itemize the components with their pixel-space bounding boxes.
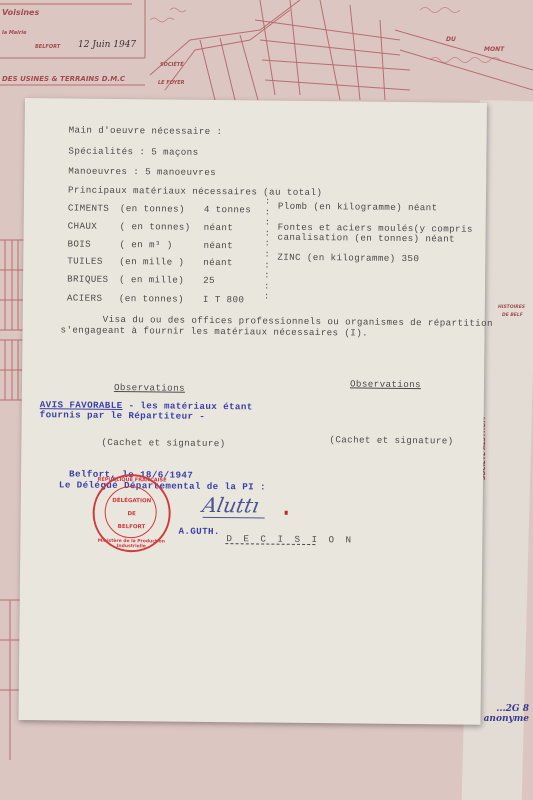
manoeuvres-line: Manoeuvres : 5 manoeuvres <box>68 165 216 178</box>
signature-underline <box>203 517 265 519</box>
material-right-line: Plomb (en kilogramme) néant <box>278 201 438 214</box>
cachet-right: (Cachet et signature) <box>329 434 453 446</box>
red-mark <box>285 511 288 515</box>
map-label-du: DU <box>446 36 456 43</box>
map-label-mont: MONT <box>484 46 504 53</box>
column-divider-colons: :::::::::: <box>264 197 271 303</box>
map-place-label: BELFORT <box>35 44 60 50</box>
map-label-societe: SOCIÉTÉ <box>160 62 184 68</box>
material-unit: (en tonnes) <box>119 293 184 305</box>
stamp-ring-bottom: Ministère de la Production Industrielle <box>94 539 168 550</box>
material-value: néant <box>203 257 233 268</box>
official-stamp: RÉPUBLIQUE FRANÇAISE DÉLÉGATION DE BELFO… <box>92 474 171 553</box>
material-value: 25 <box>203 275 215 286</box>
specialites-line: Spécialités : 5 maçons <box>68 145 198 157</box>
signer-name: A.GUTH. <box>178 526 220 537</box>
stamp-line-1: DÉLÉGATION <box>95 498 169 505</box>
material-unit: ( en mille) <box>119 274 184 286</box>
material-right-line: canalisation (en tonnes) néant <box>277 232 455 245</box>
material-name: CIMENTS <box>68 202 110 213</box>
map-title-fragment: Voisines <box>2 8 39 17</box>
stamp-line-2: DE <box>95 511 169 518</box>
observations-left-heading: Observations <box>114 382 185 394</box>
material-name: BOIS <box>67 238 91 249</box>
material-unit: ( en tonnes) <box>120 221 191 233</box>
map-handwritten-date: 12 Juin 1947 <box>78 40 136 50</box>
main-oeuvre-title: Main d'oeuvre nécessaire : <box>69 124 223 137</box>
handwritten-signature: Aluttı <box>201 493 262 518</box>
material-value: I T 800 <box>203 294 245 305</box>
cachet-left: (Cachet et signature) <box>101 437 225 449</box>
map-heading-fragment: DES USINES & TERRAINS D.M.C <box>2 75 125 83</box>
visa-line-2: s'engageant à fournir les matériaux néce… <box>61 324 369 338</box>
stamp-ring-top: RÉPUBLIQUE FRANÇAISE <box>95 477 169 484</box>
material-value: néant <box>203 240 233 251</box>
stamp-line-3: BELFORT <box>94 524 168 531</box>
typed-document: Main d'oeuvre nécessaire : Spécialités :… <box>18 98 486 725</box>
material-unit: (en tonnes) <box>120 203 185 215</box>
avis-line-2: fournis par le Répartiteur - <box>40 409 206 422</box>
materials-title: Principaux matériaux nécessaires (au tot… <box>68 184 322 198</box>
material-value: 4 tonnes <box>204 204 251 215</box>
map-label-histoires: HISTOIRES <box>498 305 525 310</box>
material-name: ACIERS <box>67 292 103 303</box>
material-unit: ( en m³ ) <box>119 239 172 251</box>
decision-underline <box>225 543 315 545</box>
material-right-line: ZINC (en kilogramme) 350 <box>277 252 419 264</box>
material-value: néant <box>204 222 234 233</box>
observations-right-heading: Observations <box>350 378 421 390</box>
material-name: TUILES <box>67 255 103 266</box>
material-name: CHAUX <box>68 220 98 231</box>
material-unit: (en mille ) <box>119 256 184 268</box>
map-subtitle-fragment: la Mairie <box>2 30 26 36</box>
map-label-belf: DE BELF <box>502 313 523 318</box>
material-name: BRIQUES <box>67 273 109 284</box>
map-label-foyer: LE FOYER <box>158 80 185 86</box>
